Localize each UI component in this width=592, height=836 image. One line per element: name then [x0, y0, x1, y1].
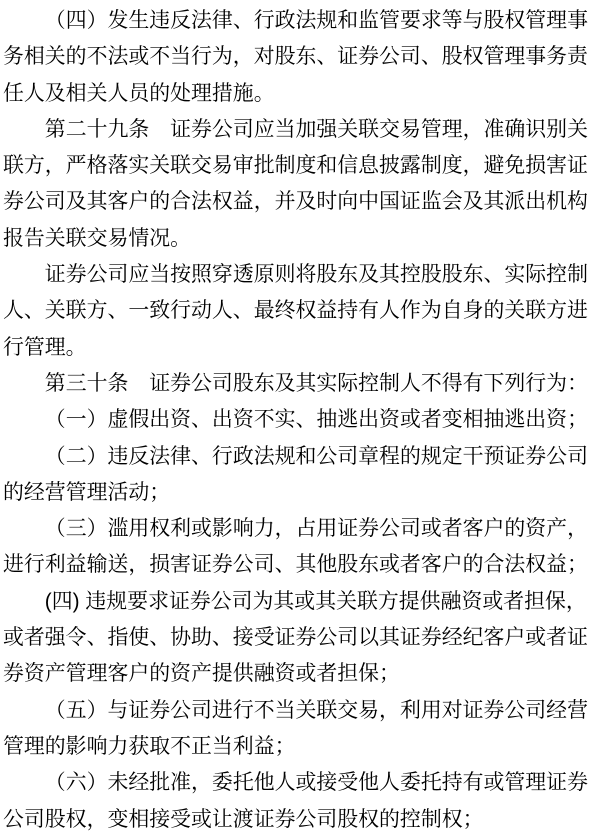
document-line: 或者强令、指使、协助、接受证券公司以其证券经纪客户或者证 [3, 620, 592, 656]
document-line: （三）滥用权利或影响力，占用证券公司或者客户的资产， [3, 511, 592, 547]
document-line: 的经营管理活动； [3, 475, 592, 511]
document-line: 人、关联方、一致行动人、最终权益持有人作为自身的关联方进 [3, 293, 592, 329]
document-line: 进行利益输送，损害证券公司、其他股东或者客户的合法权益； [3, 547, 592, 583]
document-line: 行管理。 [3, 330, 592, 366]
document-line: 任人及相关人员的处理措施。 [3, 76, 592, 112]
document-line: （一）虚假出资、出资不实、抽逃出资或者变相抽逃出资； [3, 402, 592, 438]
document-line: 第二十九条 证券公司应当加强关联交易管理，准确识别关 [3, 112, 592, 148]
document-line: 公司股权，变相接受或让渡证券公司股权的控制权； [3, 802, 592, 836]
document-line: 务相关的不法或不当行为，对股东、证券公司、股权管理事务责 [3, 39, 592, 75]
document-line: 第三十条 证券公司股东及其实际控制人不得有下列行为： [3, 366, 592, 402]
document-line: 券公司及其客户的合法权益，并及时向中国证监会及其派出机构 [3, 184, 592, 220]
document-line: 联方，严格落实关联交易审批制度和信息披露制度，避免损害证 [3, 148, 592, 184]
document-line: 报告关联交易情况。 [3, 221, 592, 257]
document-line: （六）未经批准，委托他人或接受他人委托持有或管理证券 [3, 765, 592, 801]
document-line: 证券公司应当按照穿透原则将股东及其控股股东、实际控制 [3, 257, 592, 293]
document-line: （四）发生违反法律、行政法规和监管要求等与股权管理事 [3, 3, 592, 39]
document-page: （四）发生违反法律、行政法规和监管要求等与股权管理事务相关的不法或不当行为，对股… [0, 0, 592, 836]
document-line: （二）违反法律、行政法规和公司章程的规定干预证券公司 [3, 439, 592, 475]
document-body: （四）发生违反法律、行政法规和监管要求等与股权管理事务相关的不法或不当行为，对股… [0, 0, 592, 836]
document-line: 管理的影响力获取不正当利益； [3, 729, 592, 765]
document-line: 券资产管理客户的资产提供融资或者担保； [3, 656, 592, 692]
document-line: (四) 违规要求证券公司为其或其关联方提供融资或者担保， [3, 584, 592, 620]
document-line: （五）与证券公司进行不当关联交易，利用对证券公司经营 [3, 693, 592, 729]
